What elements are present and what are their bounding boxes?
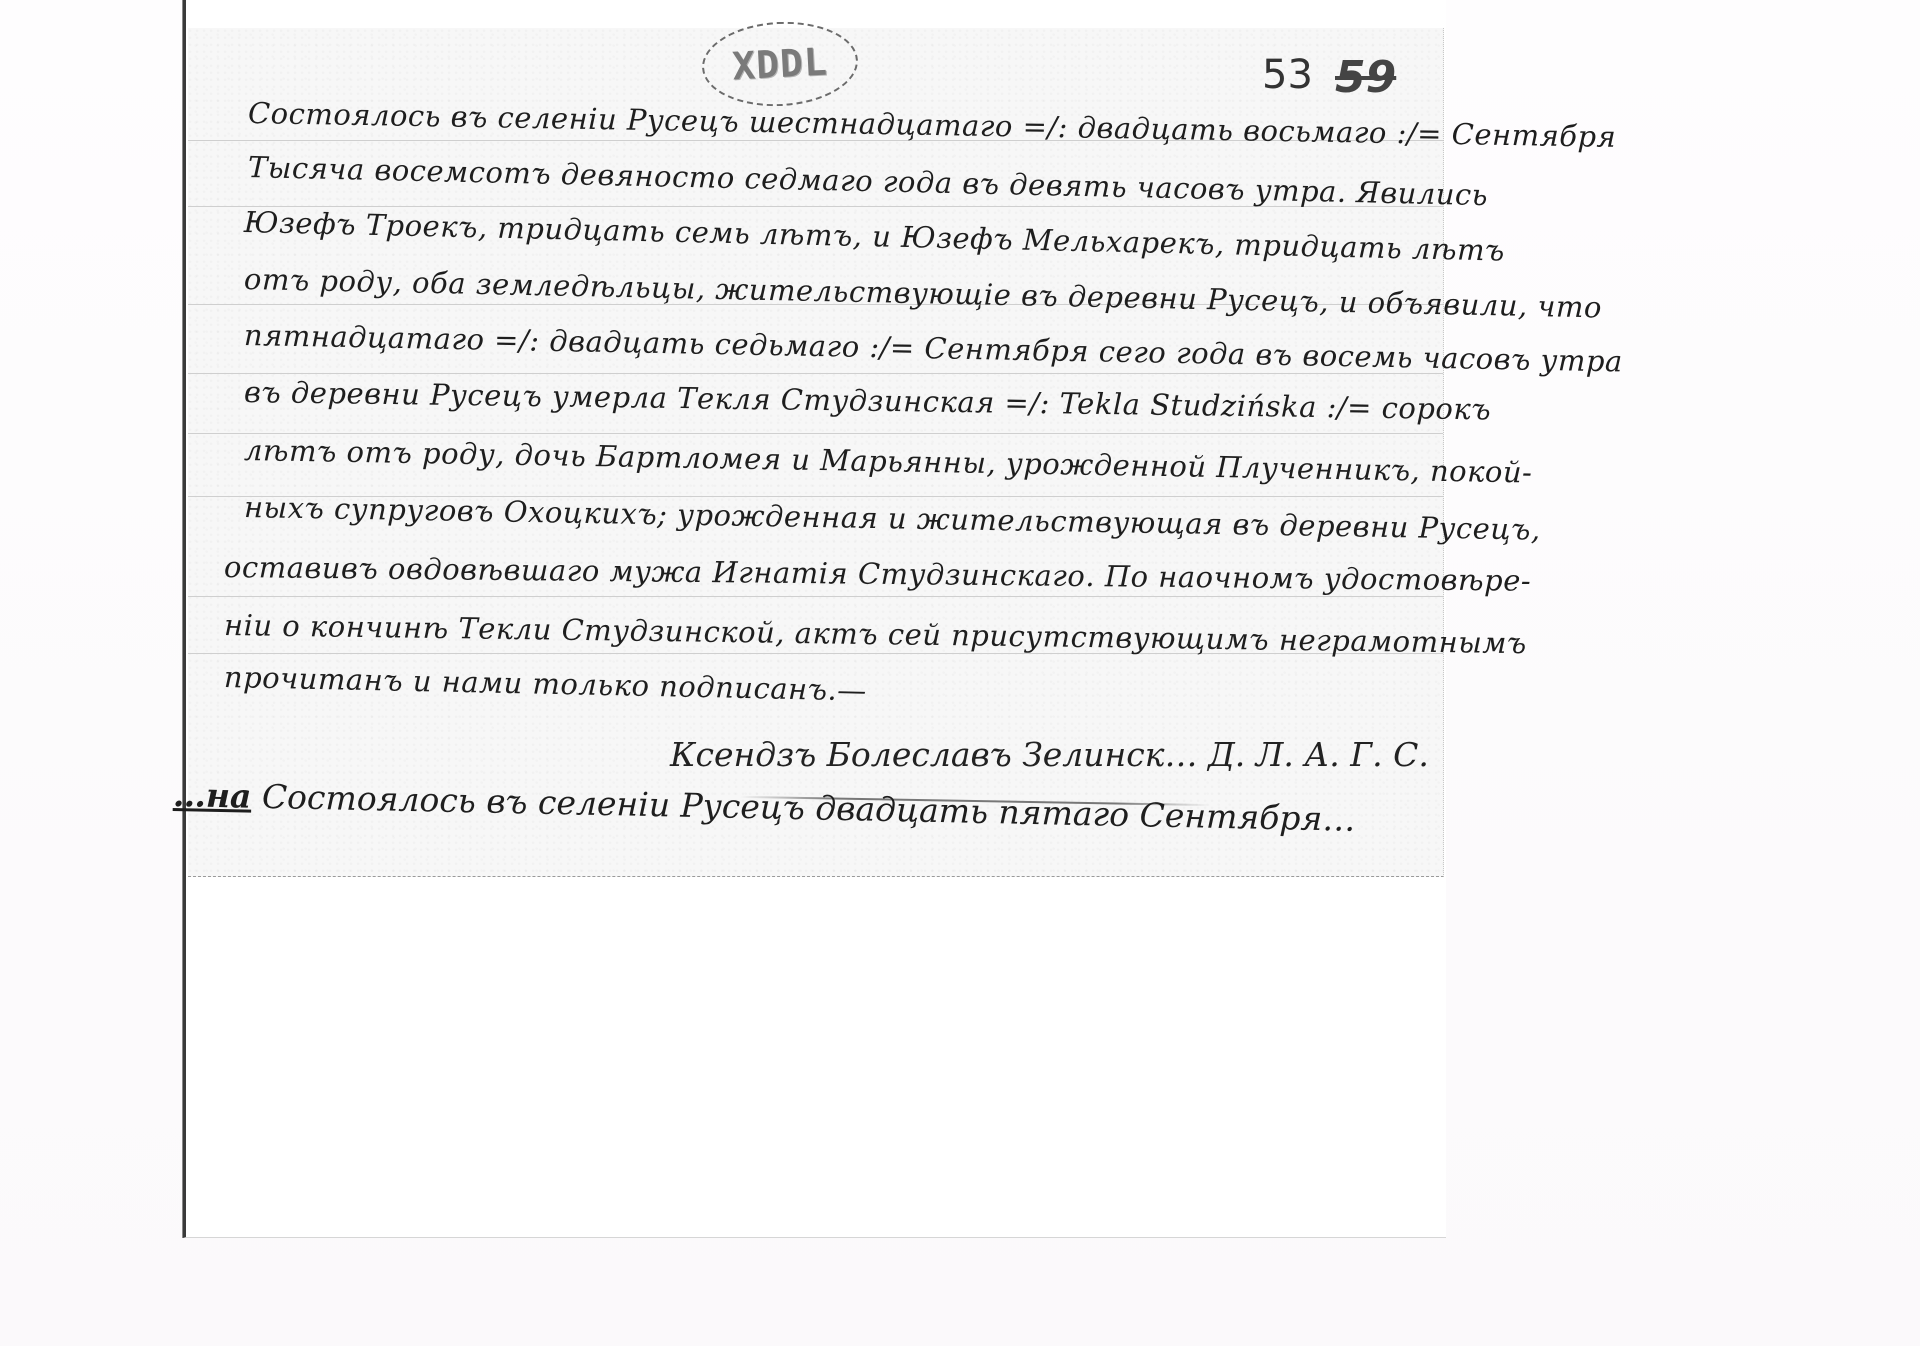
folio-number-struck: 59 xyxy=(1335,52,1396,103)
folio-number: 53 xyxy=(1262,52,1313,98)
ruled-line xyxy=(188,433,1443,434)
stamp-text: XDDL xyxy=(731,40,829,89)
next-record-number: …на xyxy=(173,775,252,816)
priest-signature: Ксендзъ Болеславъ Зелинск… Д. Л. А. Г. С… xyxy=(670,735,1429,774)
ruled-line xyxy=(188,373,1443,374)
ruled-line xyxy=(188,596,1443,597)
